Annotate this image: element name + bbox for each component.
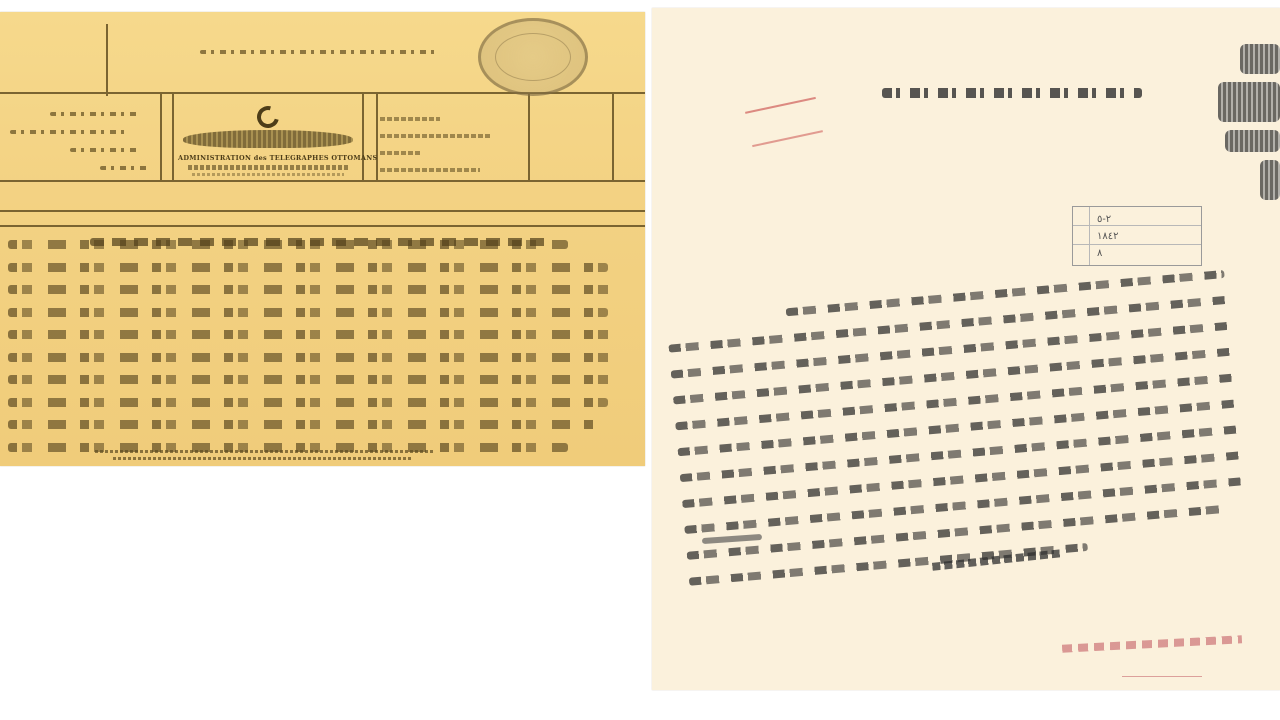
letter-document: Ottoman official letter ٢-٥ ١٨٤٢ ٨ [652,8,1280,690]
register-box: ٢-٥ ١٨٤٢ ٨ [1072,206,1202,266]
letter-recipient-line [882,88,1142,98]
banner-ornament [183,130,353,148]
divider [0,210,645,212]
divider [376,94,378,182]
postmark-stamp [478,18,588,96]
crescent-icon [253,102,283,132]
telegram-office-notes [10,112,150,184]
divider [160,94,162,182]
telegram-body [8,240,628,465]
red-date-annotation [1062,635,1242,652]
register-value: ٢-٥ [1097,211,1118,228]
telegram-form-fields [380,108,500,185]
emblem-title: ADMINISTRATION des TELEGRAPHES OTTOMANS [178,154,358,162]
telegraph-emblem: ADMINISTRATION des TELEGRAPHES OTTOMANS [178,104,358,190]
letter-body [666,270,1249,604]
telegram-document: Ottoman telegraph form ADMINISTRATION de… [0,12,645,466]
divider [106,24,108,96]
divider [172,94,174,182]
telegram-address-line [180,50,440,54]
red-pencil-mark [745,97,823,147]
divider [0,225,645,227]
divider [528,94,530,182]
tughra-emblem [1210,36,1280,226]
divider [362,94,364,182]
telegram-footnote [95,450,455,464]
divider [1122,676,1202,677]
register-value: ١٨٤٢ [1097,228,1118,245]
register-value: ٨ [1097,245,1118,262]
divider [612,94,614,182]
